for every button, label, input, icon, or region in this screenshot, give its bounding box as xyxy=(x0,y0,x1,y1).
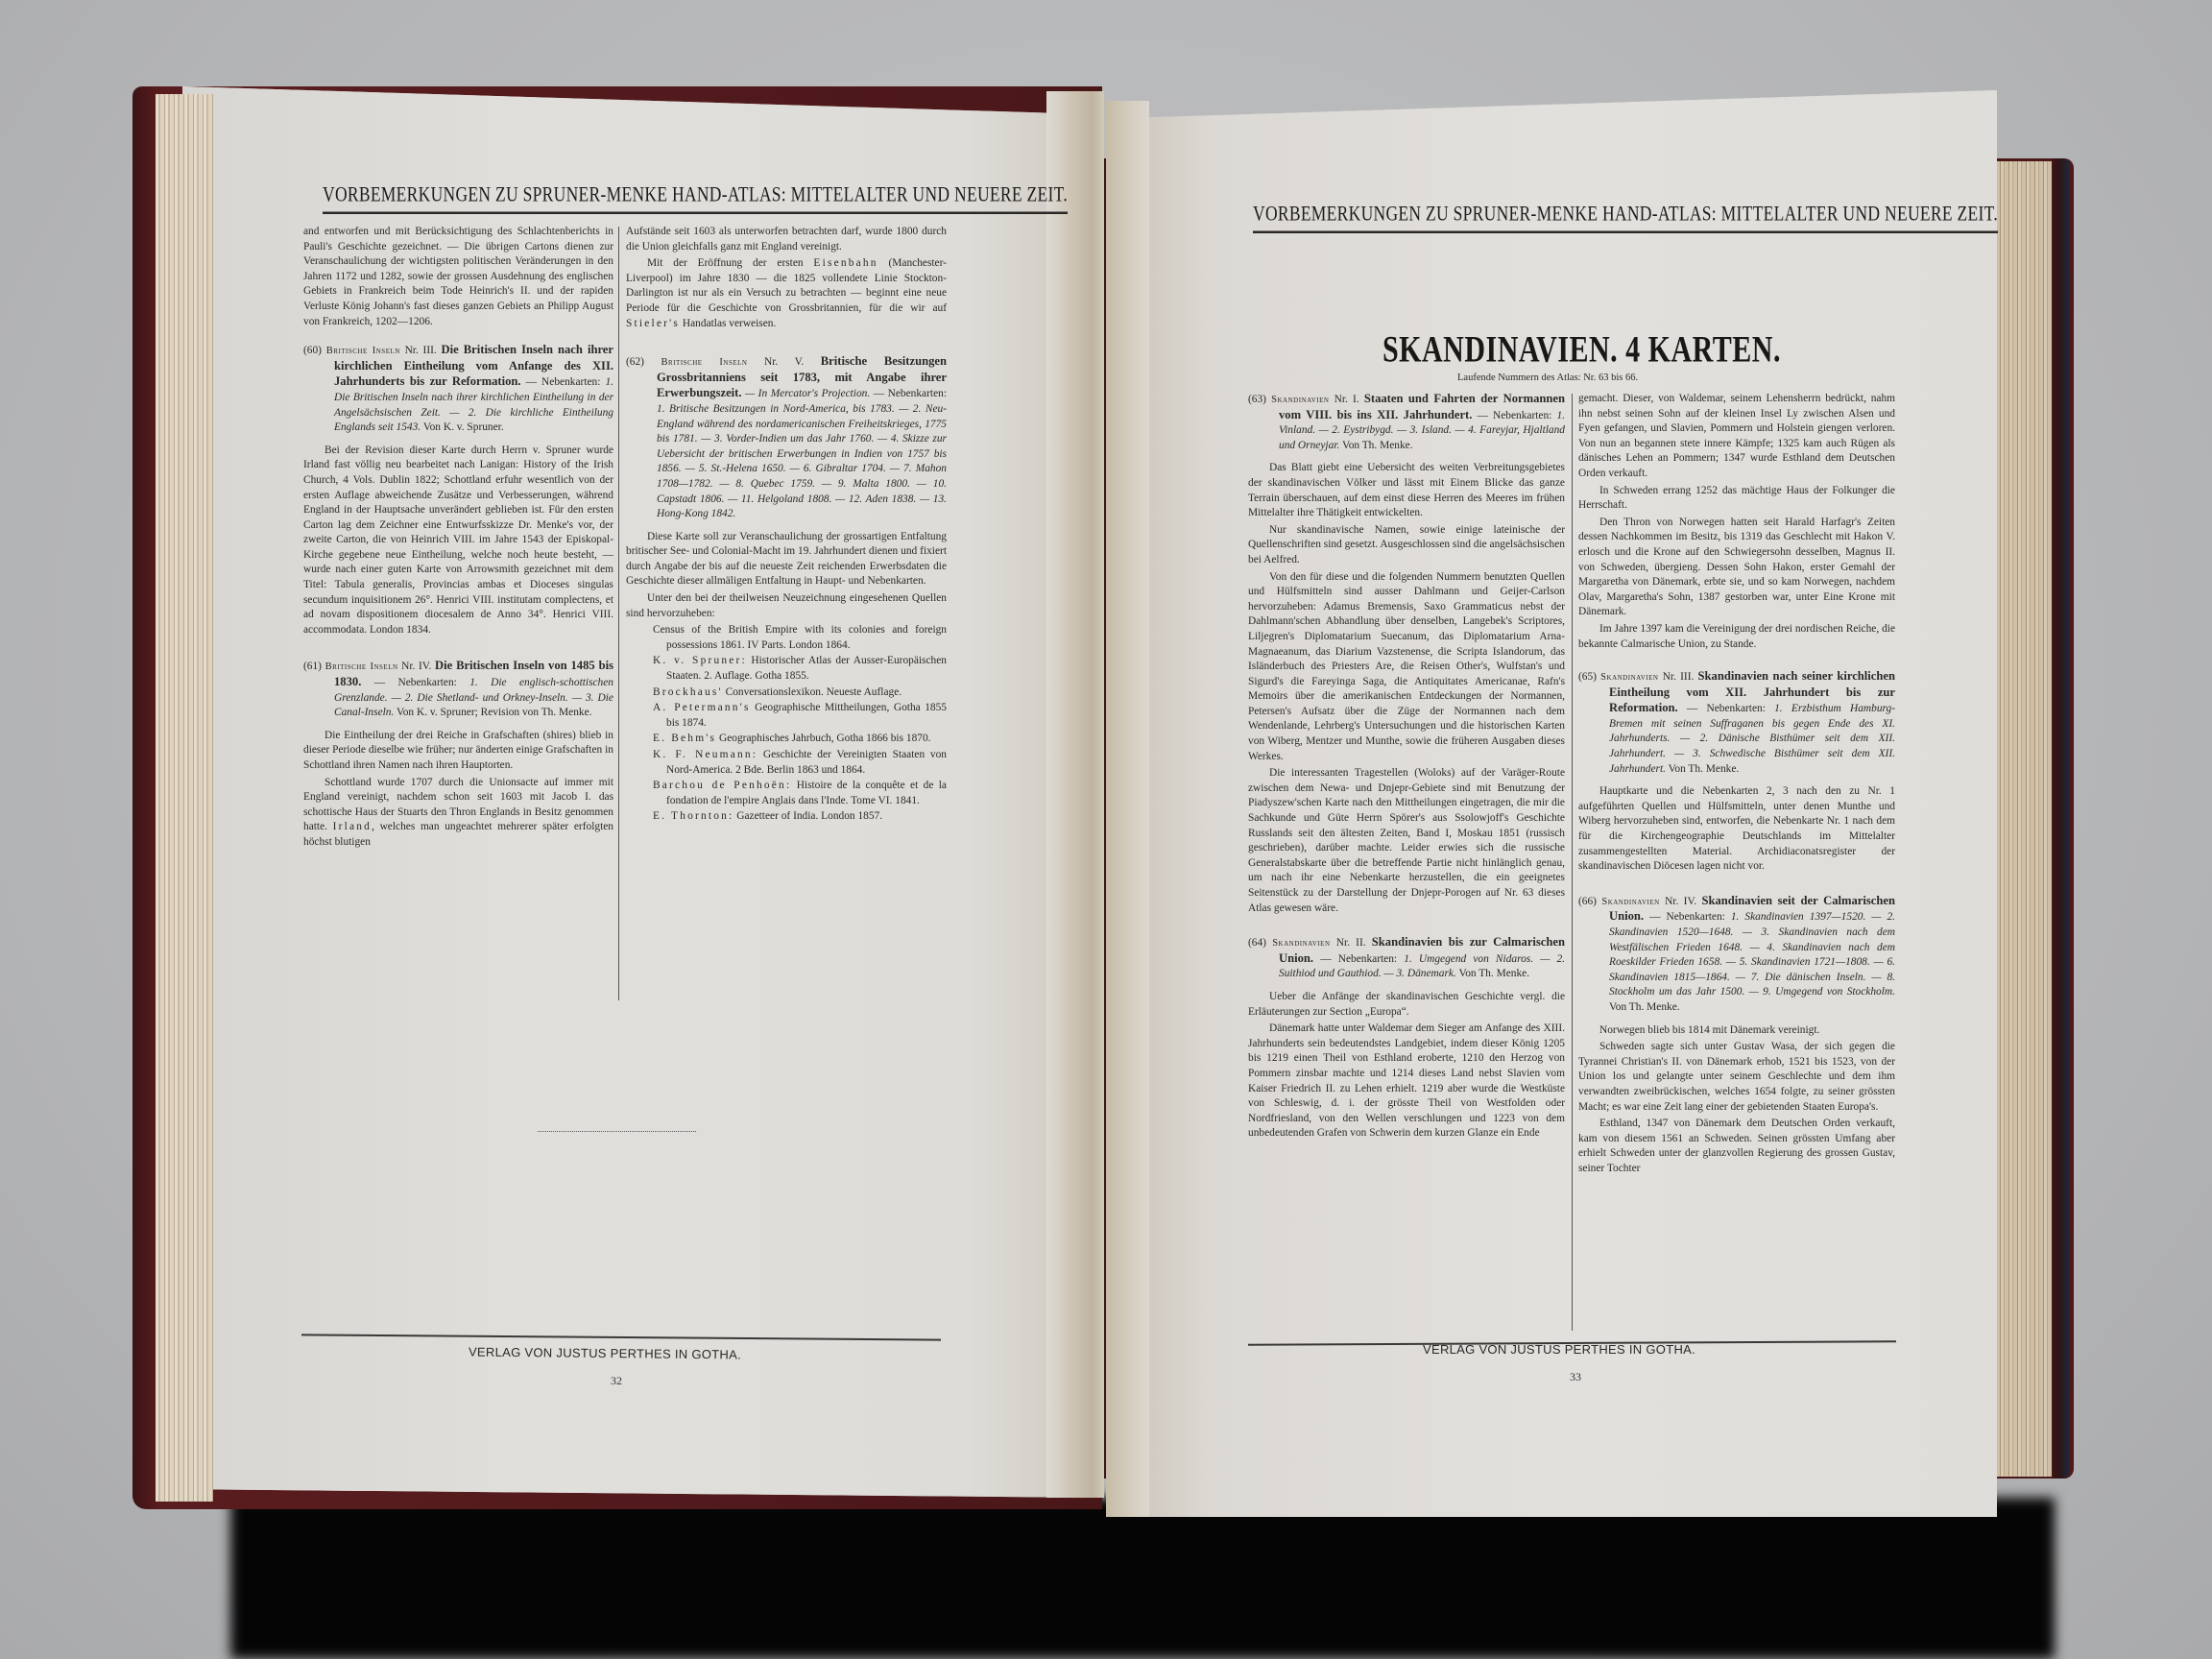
map-number: Nr. III. xyxy=(1663,671,1695,683)
map-number: Nr. I. xyxy=(1334,394,1359,405)
ref-author: K. F. Neumann: xyxy=(653,749,757,760)
map-number: Nr. IV. xyxy=(401,661,431,672)
cover-edge-strip xyxy=(2053,158,2070,1479)
ref-author: E. Behm's xyxy=(653,733,716,744)
continuation-text: and entworfen und mit Berücksichtigung d… xyxy=(303,225,613,329)
entry-body: Hauptkarte und die Nebenkarten 2, 3 nach… xyxy=(1578,784,1895,875)
ref-author: Barchou de Penhoën: xyxy=(653,780,791,791)
map-number: Nr. II. xyxy=(1336,937,1366,949)
continuation-text: Aufstände seit 1603 als unterworfen betr… xyxy=(626,225,947,254)
publisher-line-right: VERLAG VON JUSTUS PERTHES IN GOTHA. xyxy=(1423,1342,1695,1357)
entry-body: Bei der Revision dieser Karte durch Herr… xyxy=(303,444,613,638)
left-page-column-2: Aufstände seit 1603 als unterworfen betr… xyxy=(626,225,947,826)
ref-text: Conversationslexikon. Neueste Auflage. xyxy=(723,686,902,698)
reference-item: E. Behm's Geographisches Jahrbuch, Gotha… xyxy=(653,732,947,747)
map-author: Von Th. Menke. xyxy=(1342,440,1413,451)
section-end-ornament xyxy=(538,1131,696,1134)
nebenkarten-label: — Nebenkarten: xyxy=(526,376,601,388)
entry-number: (64) xyxy=(1248,937,1266,949)
entry-number: (60) xyxy=(303,345,322,356)
series-name: Skandinavien xyxy=(1271,395,1329,405)
series-name: Britische Inseln xyxy=(326,346,400,356)
entry-66: (66) Skandinavien Nr. IV. Skandinavien s… xyxy=(1578,894,1895,1016)
reference-item: K. v. Spruner: Historischer Atlas der Au… xyxy=(653,654,947,684)
entry-65: (65) Skandinavien Nr. III. Skandinavien … xyxy=(1578,669,1895,777)
entry-62: (62) Britische Inseln Nr. V. Britische B… xyxy=(626,354,947,522)
ref-text: Census of the British Empire with its co… xyxy=(653,624,947,651)
section-subtitle: Laufende Nummern des Atlas: Nr. 63 bis 6… xyxy=(1457,373,1638,383)
left-page-column-1: and entworfen und mit Berücksichtigung d… xyxy=(303,225,613,853)
publisher-line-left: VERLAG VON JUSTUS PERTHES IN GOTHA. xyxy=(469,1345,741,1362)
page-number-left: 32 xyxy=(611,1374,622,1388)
right-page-column-2: gemacht. Dieser, von Waldemar, seinem Le… xyxy=(1578,392,1895,1179)
running-head-left: VORBEMERKUNGEN ZU SPRUNER-MENKE HAND-ATL… xyxy=(323,181,1068,214)
entry-number: (62) xyxy=(626,356,644,368)
entry-body: Von den für diese und die folgenden Numm… xyxy=(1248,570,1565,765)
map-number: Nr. IV. xyxy=(1665,896,1696,907)
body-paragraph: Den Thron von Norwegen hatten seit Haral… xyxy=(1578,516,1895,620)
body-paragraph: In Schweden errang 1252 das mächtige Hau… xyxy=(1578,484,1895,514)
entry-body: Diese Karte soll zur Veranschaulichung d… xyxy=(626,530,947,589)
entry-63: (63) Skandinavien Nr. I. Staaten und Fah… xyxy=(1248,392,1565,453)
running-head-right: VORBEMERKUNGEN ZU SPRUNER-MENKE HAND-ATL… xyxy=(1253,201,1998,233)
section-title: SKANDINAVIEN. 4 KARTEN. xyxy=(1382,329,1781,372)
series-name: Skandinavien xyxy=(1600,672,1658,683)
entry-body: Schottland wurde 1707 durch die Unionsac… xyxy=(303,776,613,851)
entry-body: Die Eintheilung der drei Reiche in Grafs… xyxy=(303,729,613,774)
ref-text: Geographisches Jahrbuch, Gotha 1866 bis … xyxy=(716,733,930,744)
body-text: Handatlas verweisen. xyxy=(683,318,776,329)
map-author: Von K. v. Spruner; Revision von Th. Menk… xyxy=(397,707,592,718)
series-name: Britische Inseln xyxy=(661,357,748,368)
body-paragraph: Im Jahre 1397 kam die Vereinigung der dr… xyxy=(1578,622,1895,652)
entry-61: (61) Britische Inseln Nr. IV. Die Britis… xyxy=(303,659,613,720)
spaced-name: Eisenbahn xyxy=(813,257,878,269)
entry-body: Die interessanten Tragestellen (Woloks) … xyxy=(1248,766,1565,916)
map-number: Nr. III. xyxy=(405,345,437,356)
entry-body: Ueber die Anfänge der skandinavischen Ge… xyxy=(1248,990,1565,1020)
right-page-column-1: (63) Skandinavien Nr. I. Staaten und Fah… xyxy=(1248,392,1565,1143)
page-stack-right xyxy=(1992,161,2052,1477)
column-divider xyxy=(618,227,619,1000)
table-shadow xyxy=(230,1498,2055,1659)
entry-body: Schweden sagte sich unter Gustav Wasa, d… xyxy=(1578,1040,1895,1115)
map-author: Von Th. Menke. xyxy=(1669,763,1740,775)
map-author: Von Th. Menke. xyxy=(1458,968,1529,979)
map-author: Von Th. Menke. xyxy=(1609,1001,1680,1013)
entry-body: Dänemark hatte unter Waldemar dem Sieger… xyxy=(1248,1022,1565,1142)
series-name: Skandinavien xyxy=(1272,938,1330,949)
railway-paragraph: Mit der Eröffnung der ersten Eisenbahn (… xyxy=(626,256,947,331)
nebenkarten-label: — Nebenkarten: xyxy=(374,677,457,688)
nebenkarten-label: — Nebenkarten: xyxy=(1478,410,1552,421)
map-author: Von K. v. Spruner. xyxy=(423,421,504,433)
entry-body: Das Blatt giebt eine Uebersicht des weit… xyxy=(1248,461,1565,520)
reference-item: Brockhaus' Conversationslexikon. Neueste… xyxy=(653,685,947,701)
gutter-right xyxy=(1106,101,1149,1517)
nebenkarten-label: — Nebenkarten: xyxy=(1687,703,1766,714)
entry-64: (64) Skandinavien Nr. II. Skandinavien b… xyxy=(1248,935,1565,982)
series-name: Britische Inseln xyxy=(325,661,398,672)
page-stack-left xyxy=(156,94,213,1502)
reference-item: K. F. Neumann: Geschichte der Vereinigte… xyxy=(653,748,947,778)
nebenkarten-label: — Nebenkarten: xyxy=(874,388,947,399)
entry-body: Unter den bei der theilweisen Neuzeichnu… xyxy=(626,591,947,621)
nebenkarten-label: — Nebenkarten: xyxy=(1649,911,1725,923)
series-name: Skandinavien xyxy=(1601,897,1659,907)
ref-author: E. Thornton: xyxy=(653,810,733,822)
entry-number: (61) xyxy=(303,661,322,672)
continuation-text: gemacht. Dieser, von Waldemar, seinem Le… xyxy=(1578,392,1895,482)
body-text: Mit der Eröffnung der ersten xyxy=(647,257,804,269)
reference-item: Census of the British Empire with its co… xyxy=(653,623,947,653)
nebenkarten-label: — Nebenkarten: xyxy=(1320,953,1397,965)
entry-body: Esthland, 1347 von Dänemark dem Deutsche… xyxy=(1578,1117,1895,1176)
page-number-right: 33 xyxy=(1570,1370,1581,1384)
spaced-name: Irland xyxy=(333,821,372,832)
reference-list: Census of the British Empire with its co… xyxy=(626,623,947,825)
projection-note: — In Mercator's Projection. xyxy=(745,388,870,399)
entry-number: (66) xyxy=(1578,896,1597,907)
nebenkarten-list: 1. Britische Besitzungen in Nord-America… xyxy=(657,403,947,519)
ref-author: K. v. Spruner: xyxy=(653,655,747,666)
reference-item: Barchou de Penhoën: Histoire de la conqu… xyxy=(653,779,947,808)
spaced-name: Stieler's xyxy=(626,318,680,329)
ref-author: A. Petermann's xyxy=(653,702,751,713)
gutter-left xyxy=(1046,91,1104,1498)
entry-number: (65) xyxy=(1578,671,1597,683)
reference-item: E. Thornton: Gazetteer of India. London … xyxy=(653,809,947,825)
entry-body: Norwegen blieb bis 1814 mit Dänemark ver… xyxy=(1578,1023,1895,1039)
nebenkarten-list: 1. Skandinavien 1397—1520. — 2. Skandina… xyxy=(1609,911,1895,998)
reference-item: A. Petermann's Geographische Mittheilung… xyxy=(653,701,947,731)
entry-body: Nur skandinavische Namen, sowie einige l… xyxy=(1248,523,1565,568)
ref-text: Gazetteer of India. London 1857. xyxy=(733,810,882,822)
ref-author: Brockhaus' xyxy=(653,686,723,698)
entry-60: (60) Britische Inseln Nr. III. Die Briti… xyxy=(303,343,613,436)
entry-number: (63) xyxy=(1248,394,1266,405)
map-number: Nr. V. xyxy=(764,356,804,368)
column-divider xyxy=(1572,394,1573,1331)
